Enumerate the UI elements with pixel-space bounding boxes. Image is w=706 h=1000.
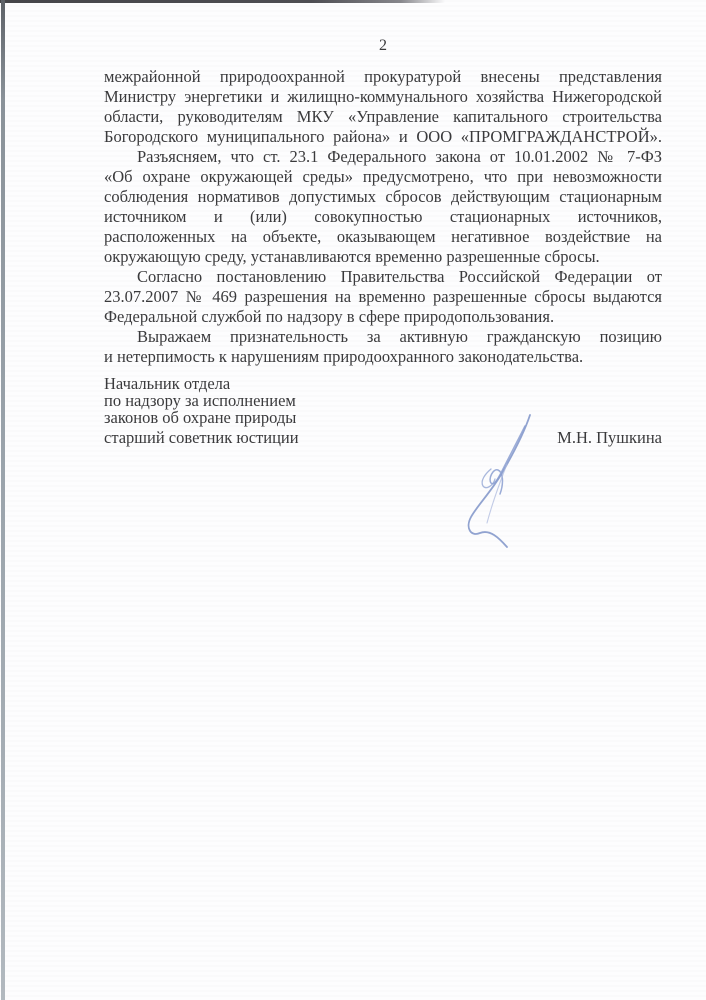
text-line: расположенных на объекте, оказывающем не… [104,227,662,247]
paragraph-4: Выражаем признательность за активную гра… [104,327,662,367]
signer-title-line: по надзору за исполнением [104,392,662,409]
text-line: Выражаем признательность за активную гра… [104,327,662,347]
text-line: области, руководителям МКУ «Управление к… [104,107,662,127]
document-content: 2 межрайонной природоохранной прокуратур… [104,38,662,446]
text-line: соблюдения нормативов допустимых сбросов… [104,187,662,207]
text-line: межрайонной природоохранной прокуратурой… [104,67,662,87]
text-line: Министру энергетики и жилищно-коммунальн… [104,87,662,107]
text-line: источником и (или) совокупностью стацион… [104,207,662,227]
text-line: Согласно постановлению Правительства Рос… [104,267,662,287]
text-line: Разъясняем, что ст. 23.1 Федерального за… [104,147,662,167]
text-line: «Об охране окружающей среды» предусмотре… [104,167,662,187]
paragraph-1: межрайонной природоохранной прокуратурой… [104,67,662,147]
text-line: Богородского муниципального района» и ОО… [104,127,662,147]
paragraph-2: Разъясняем, что ст. 23.1 Федерального за… [104,147,662,267]
text-line: окружающую среду, устанавливаются времен… [104,247,662,267]
signer-rank: старший советник юстиции [104,428,299,447]
signature-block: Начальник отдела по надзору за исполнени… [104,375,662,446]
text-line: и нетерпимость к нарушениям природоохран… [104,347,662,367]
scan-edge-left [1,0,5,1000]
signature-rank-row: старший советник юстиции М.Н. Пушкина [104,429,662,446]
signer-name: М.Н. Пушкина [557,429,662,446]
document-page: 2 межрайонной природоохранной прокуратур… [0,0,706,1000]
signer-title-line: законов об охране природы [104,409,662,426]
text-line: Федеральной службой по надзору в сфере п… [104,307,662,327]
signer-title-line: Начальник отдела [104,375,662,392]
page-number: 2 [104,38,662,54]
scan-edge-top [0,0,445,3]
body-text: межрайонной природоохранной прокуратурой… [104,67,662,367]
text-line: 23.07.2007 № 469 разрешения на временно … [104,287,662,307]
paragraph-3: Согласно постановлению Правительства Рос… [104,267,662,327]
